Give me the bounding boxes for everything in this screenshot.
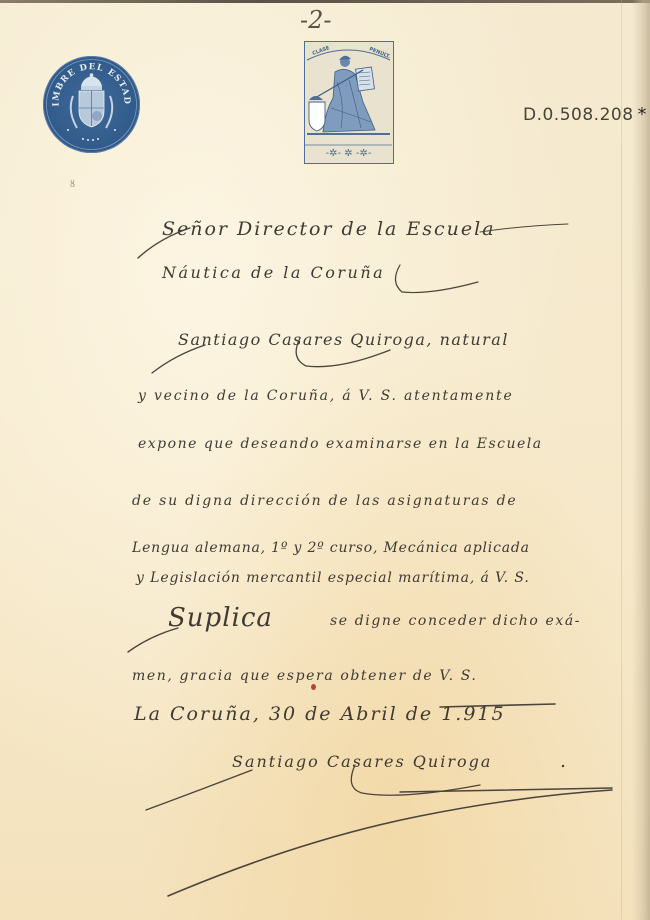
margin-mark: ȣ — [70, 180, 75, 190]
serial-number-block: D.0.508.208* — [523, 104, 647, 125]
serial-number: D.0.508.208 — [523, 105, 634, 125]
coat-of-arms-icon: TIMBRE DEL ESTADO — [43, 56, 140, 153]
scan-right-edge — [632, 0, 650, 920]
stamp-label-left: CLASE — [312, 45, 331, 57]
stamp-ornament: -✲- ✲ -✲- — [326, 148, 372, 159]
fiscal-stamp: CLASE PENÚLT. -✲- ✲ -✲- — [304, 41, 394, 164]
scan-top-edge — [0, 0, 650, 3]
document-page: -2- TIMBRE DEL ESTADO — [0, 0, 650, 920]
body-line-4: de su digna dirección de las asignaturas… — [132, 493, 518, 509]
paper-fold-line — [621, 0, 622, 920]
salutation-line-2: Náutica de la Coruña — [162, 263, 385, 282]
date-line: La Coruña, 30 de Abril de 1.915 — [134, 703, 506, 725]
red-ink-mark — [311, 684, 316, 690]
salutation-line-1: Señor Director de la Escuela — [162, 218, 496, 240]
signature-lead-stroke — [146, 770, 252, 810]
body-line-2: y vecino de la Coruña, á V. S. atentamen… — [138, 388, 514, 404]
signature: Santiago Casares Quiroga — [232, 752, 492, 771]
signature-underline — [400, 788, 612, 792]
signature-period: . — [560, 750, 567, 772]
allegorical-figure-icon: CLASE PENÚLT. -✲- ✲ -✲- — [305, 42, 392, 162]
page-number: -2- — [300, 6, 332, 34]
state-seal-icon: TIMBRE DEL ESTADO — [43, 56, 140, 153]
body-line-5: Lengua alemana, 1º y 2º curso, Mecánica … — [132, 540, 530, 556]
stamp-label-right: PENÚLT. — [368, 45, 391, 60]
supplica-word: Suplica — [168, 603, 273, 633]
body-line-1: Santiago Casares Quiroga, natural — [178, 330, 509, 349]
closing-line: men, gracia que espera obtener de V. S. — [132, 668, 477, 684]
body-lead-stroke — [152, 345, 205, 373]
coruna-underline — [395, 265, 478, 293]
body-line-3: expone que deseando examinarse en la Esc… — [138, 436, 543, 452]
supplica-text: se digne conceder dicho exá- — [330, 613, 581, 629]
asterisk-icon: * — [638, 104, 648, 125]
body-line-6: y Legislación mercantil especial marítim… — [136, 570, 530, 586]
signature-rubric — [168, 790, 612, 896]
